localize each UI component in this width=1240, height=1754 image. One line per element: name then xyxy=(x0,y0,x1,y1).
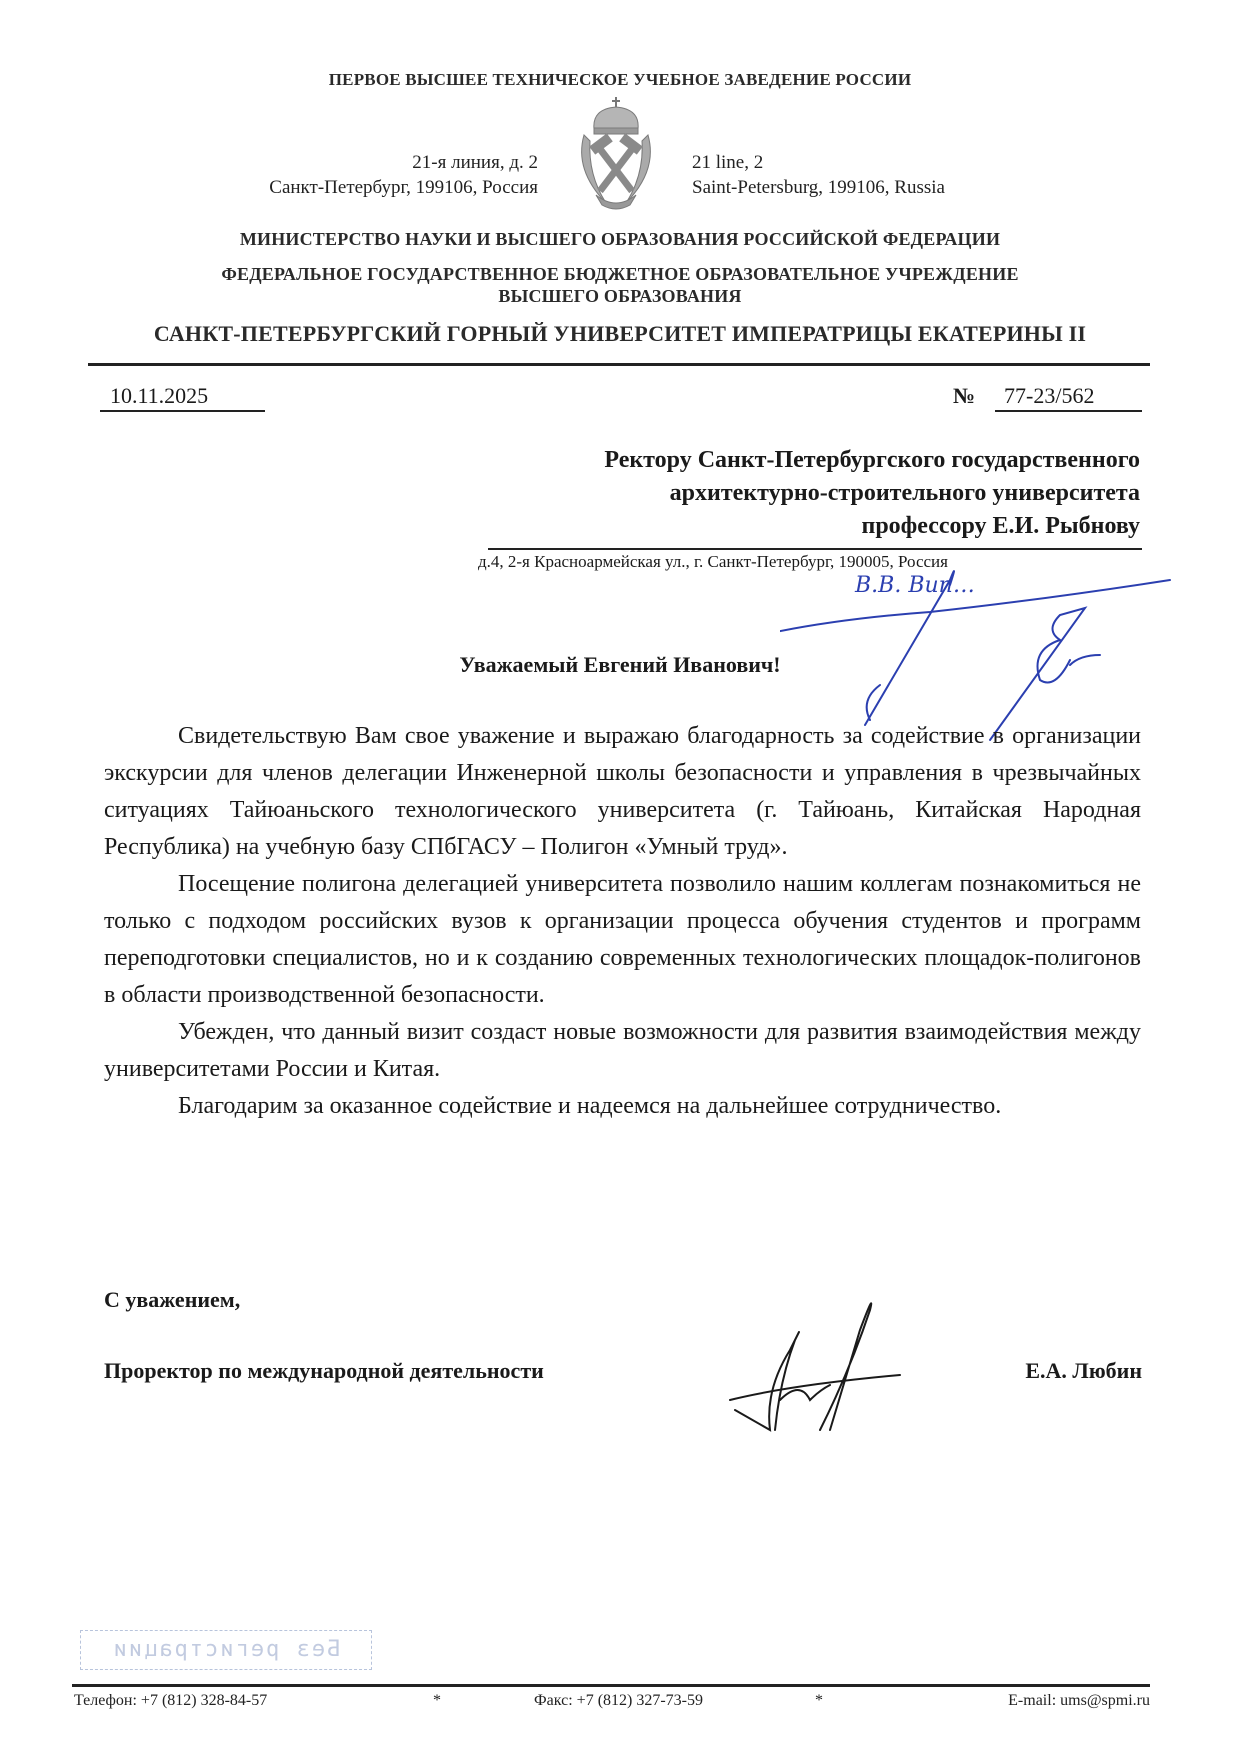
signature-icon xyxy=(710,1290,970,1440)
number-sign: № xyxy=(953,383,975,409)
number-underline xyxy=(995,410,1142,412)
footer-phone: Телефон: +7 (812) 328-84-57 xyxy=(74,1692,267,1710)
footer-fax: Факс: +7 (812) 327-73-59 xyxy=(534,1692,703,1710)
footer-divider xyxy=(72,1684,1150,1687)
body-paragraph: Свидетельствую Вам свое уважение и выраж… xyxy=(104,718,1141,866)
body-paragraph: Благодарим за оказанное содействие и над… xyxy=(104,1088,1141,1125)
letterhead-divider xyxy=(88,363,1150,366)
addressee-divider xyxy=(488,548,1142,550)
date-underline xyxy=(100,410,265,412)
resolution-text: В.В. Вип… xyxy=(854,573,975,598)
body-paragraph: Убежден, что данный визит создаст новые … xyxy=(104,1014,1141,1088)
ministry-name: МИНИСТЕРСТВО НАУКИ И ВЫСШЕГО ОБРАЗОВАНИЯ… xyxy=(0,229,1240,250)
addressee-block: Ректору Санкт-Петербургского государстве… xyxy=(604,444,1140,543)
signer-title: Проректор по международной деятельности xyxy=(104,1358,544,1384)
address-ru-line1: 21-я линия, д. 2 xyxy=(269,150,538,175)
university-name: САНКТ-ПЕТЕРБУРГСКИЙ ГОРНЫЙ УНИВЕРСИТЕТ И… xyxy=(0,321,1240,347)
address-ru-line2: Санкт-Петербург, 199106, Россия xyxy=(269,175,538,200)
registration-number: 77-23/562 xyxy=(1004,383,1094,409)
body-paragraph: Посещение полигона делегацией университе… xyxy=(104,866,1141,1014)
address-russian: 21-я линия, д. 2 Санкт-Петербург, 199106… xyxy=(269,150,538,200)
footer-email: E-mail: ums@spmi.ru xyxy=(1008,1692,1150,1710)
address-english: 21 line, 2 Saint-Petersburg, 199106, Rus… xyxy=(692,150,945,200)
footer-separator: * xyxy=(815,1692,823,1710)
institution-type-line1: ФЕДЕРАЛЬНОЕ ГОСУДАРСТВЕННОЕ БЮДЖЕТНОЕ ОБ… xyxy=(0,263,1240,285)
addressee-line2: архитектурно-строительного университета xyxy=(604,477,1140,510)
salutation: Уважаемый Евгений Иванович! xyxy=(0,652,1240,678)
addressee-line1: Ректору Санкт-Петербургского государстве… xyxy=(604,444,1140,477)
address-en-line2: Saint-Petersburg, 199106, Russia xyxy=(692,175,945,200)
closing: С уважением, xyxy=(104,1287,240,1313)
institution-type-line2: ВЫСШЕГО ОБРАЗОВАНИЯ xyxy=(0,285,1240,307)
university-emblem-icon xyxy=(566,95,666,210)
letter-date: 10.11.2025 xyxy=(110,383,208,409)
footer-separator: * xyxy=(433,1692,441,1710)
addressee-line3: профессору Е.И. Рыбнову xyxy=(604,510,1140,543)
letter-body: Свидетельствую Вам свое уважение и выраж… xyxy=(104,718,1141,1125)
address-en-line1: 21 line, 2 xyxy=(692,150,945,175)
letterhead-top-line: ПЕРВОЕ ВЫСШЕЕ ТЕХНИЧЕСКОЕ УЧЕБНОЕ ЗАВЕДЕ… xyxy=(0,70,1240,90)
institution-type: ФЕДЕРАЛЬНОЕ ГОСУДАРСТВЕННОЕ БЮДЖЕТНОЕ ОБ… xyxy=(0,263,1240,307)
signer-name: Е.А. Любин xyxy=(1025,1358,1142,1384)
registration-stamp: Без регистрации xyxy=(80,1630,372,1670)
